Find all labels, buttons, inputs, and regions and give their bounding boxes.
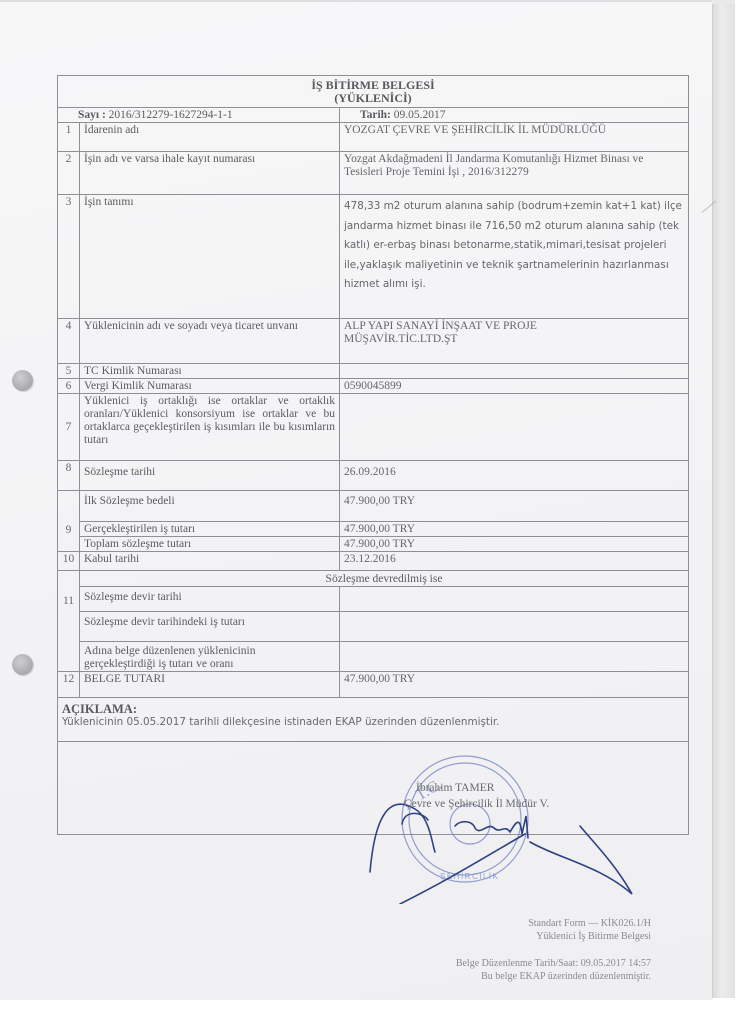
field-value <box>340 394 689 461</box>
row-number: 3 <box>58 195 80 319</box>
sayi-value: 2016/312279-1627294-1-1 <box>109 109 233 121</box>
table-row: Adına belge düzenlenen yüklenicinin gerç… <box>58 642 689 672</box>
table-row: 3 İşin tanımı 478,33 m2 oturum alanına s… <box>58 195 689 319</box>
table-row: 6 Vergi Kimlik Numarası 0590045899 <box>58 379 689 394</box>
field-label: Gerçekleştirilen iş tutarı <box>80 522 340 537</box>
document-subtitle: (YÜKLENİCİ) <box>62 92 684 105</box>
aciklama-text: Yüklenicinin 05.05.2017 tarihli dilekçes… <box>62 716 684 729</box>
table-row: 11 Sözleşme devredilmiş ise <box>58 571 689 587</box>
punch-hole-icon <box>12 654 33 675</box>
field-value: YOZGAT ÇEVRE VE ŞEHİRCİLİK İL MÜDÜRLÜĞÜ <box>340 123 689 152</box>
field-value: 47.900,00 TRY <box>340 522 689 537</box>
row-number: 12 <box>58 672 80 698</box>
field-label: Yüklenici iş ortaklığı ise ortaklar ve o… <box>80 394 340 461</box>
row-number: 7 <box>58 394 80 461</box>
field-value: ALP YAPI SANAYİ İNŞAAT VE PROJE MÜŞAVİR.… <box>340 319 689 364</box>
table-row: 7 Yüklenici iş ortaklığı ise ortaklar ve… <box>58 394 689 461</box>
row-number: 11 <box>58 571 80 672</box>
field-value <box>340 587 689 612</box>
punch-hole-icon <box>12 370 33 391</box>
field-label: Sözleşme tarihi <box>80 461 340 491</box>
field-value: 478,33 m2 oturum alanına sahip (bodrum+z… <box>340 195 689 319</box>
field-value: 0590045899 <box>340 379 689 394</box>
field-label: Toplam sözleşme tutarı <box>80 537 340 552</box>
row-number: 6 <box>58 379 80 394</box>
svg-text:ŞEHİRCİLİK: ŞEHİRCİLİK <box>440 872 499 881</box>
row-number: 5 <box>58 364 80 379</box>
section-header: Sözleşme devredilmiş ise <box>80 571 689 587</box>
field-label: İlk Sözleşme bedeli <box>80 491 340 522</box>
table-row: 2 İşin adı ve varsa ihale kayıt numarası… <box>58 152 689 195</box>
table-row: 5 TC Kimlik Numarası <box>58 364 689 379</box>
field-label: Yüklenicinin adı ve soyadı veya ticaret … <box>80 319 340 364</box>
field-label: Sözleşme devir tarihindeki iş tutarı <box>80 612 340 642</box>
signatory-position: Çevre ve Şehircilik İl Müdür V. <box>404 798 549 810</box>
row-number: 8 <box>58 461 80 491</box>
sheet-protector-edge <box>712 4 735 998</box>
table-row: 1 İdarenin adı YOZGAT ÇEVRE VE ŞEHİRCİLİ… <box>58 123 689 152</box>
table-row: 8 Sözleşme tarihi 26.09.2016 <box>58 461 689 491</box>
document-page: İŞ BİTİRME BELGESİ (YÜKLENİCİ) Sayı : 20… <box>0 0 712 1000</box>
sayi-tarih-row: Sayı : 2016/312279-1627294-1-1 Tarih: 09… <box>58 108 689 123</box>
tarih-label: Tarih: <box>360 109 391 121</box>
row-number: 4 <box>58 319 80 364</box>
form-code: Standart Form — KİK026.1/H <box>528 917 651 930</box>
table-row: 10 Kabul tarihi 23.12.2016 <box>58 552 689 571</box>
certificate-table: İŞ BİTİRME BELGESİ (YÜKLENİCİ) Sayı : 20… <box>57 75 689 835</box>
field-label: Kabul tarihi <box>80 552 340 571</box>
row-number: 1 <box>58 123 80 152</box>
aciklama-title: AÇIKLAMA: <box>62 703 684 716</box>
field-value: Yozgat Akdağmadeni İl Jandarma Komutanlı… <box>340 152 689 195</box>
field-value <box>340 642 689 672</box>
field-label: İdarenin adı <box>80 123 340 152</box>
table-row: 4 Yüklenicinin adı ve soyadı veya ticare… <box>58 319 689 364</box>
row-number: 9 <box>58 491 80 552</box>
field-label: Vergi Kimlik Numarası <box>80 379 340 394</box>
field-label: Adına belge düzenlenen yüklenicinin gerç… <box>80 642 340 672</box>
field-value: 47.900,00 TRY <box>340 491 689 522</box>
tarih-value: 09.05.2017 <box>394 109 446 121</box>
table-row: Gerçekleştirilen iş tutarı 47.900,00 TRY <box>58 522 689 537</box>
form-name: Yüklenici İş Bitirme Belgesi <box>536 930 651 943</box>
field-value: 23.12.2016 <box>340 552 689 571</box>
field-value <box>340 612 689 642</box>
table-row: 12 BELGE TUTARI 47.900,00 TRY <box>58 672 689 698</box>
field-label: İşin adı ve varsa ihale kayıt numarası <box>80 152 340 195</box>
field-value: 47.900,00 TRY <box>340 672 689 698</box>
field-label: BELGE TUTARI <box>80 672 340 698</box>
field-label: Sözleşme devir tarihi <box>80 587 340 612</box>
row-number: 2 <box>58 152 80 195</box>
row-number: 10 <box>58 552 80 571</box>
table-row: Sözleşme devir tarihindeki iş tutarı <box>58 612 689 642</box>
field-value: 47.900,00 TRY <box>340 537 689 552</box>
field-value: 26.09.2016 <box>340 461 689 491</box>
signature-row <box>58 742 689 835</box>
table-row: Sözleşme devir tarihi <box>58 587 689 612</box>
field-label: İşin tanımı <box>80 195 340 319</box>
field-value <box>340 364 689 379</box>
ekap-note: Bu belge EKAP üzerinden düzenlenmiştir. <box>481 970 651 983</box>
aciklama-row: AÇIKLAMA: Yüklenicinin 05.05.2017 tarihl… <box>58 698 689 742</box>
issue-datetime: Belge Düzenlenme Tarih/Saat: 09.05.2017 … <box>456 957 651 970</box>
table-row: Toplam sözleşme tutarı 47.900,00 TRY <box>58 537 689 552</box>
sayi-label: Sayı : <box>78 109 106 121</box>
table-row: 9 İlk Sözleşme bedeli 47.900,00 TRY <box>58 491 689 522</box>
field-label: TC Kimlik Numarası <box>80 364 340 379</box>
title-row: İŞ BİTİRME BELGESİ (YÜKLENİCİ) <box>58 76 689 108</box>
signatory-name: İbrahim TAMER <box>416 782 494 794</box>
